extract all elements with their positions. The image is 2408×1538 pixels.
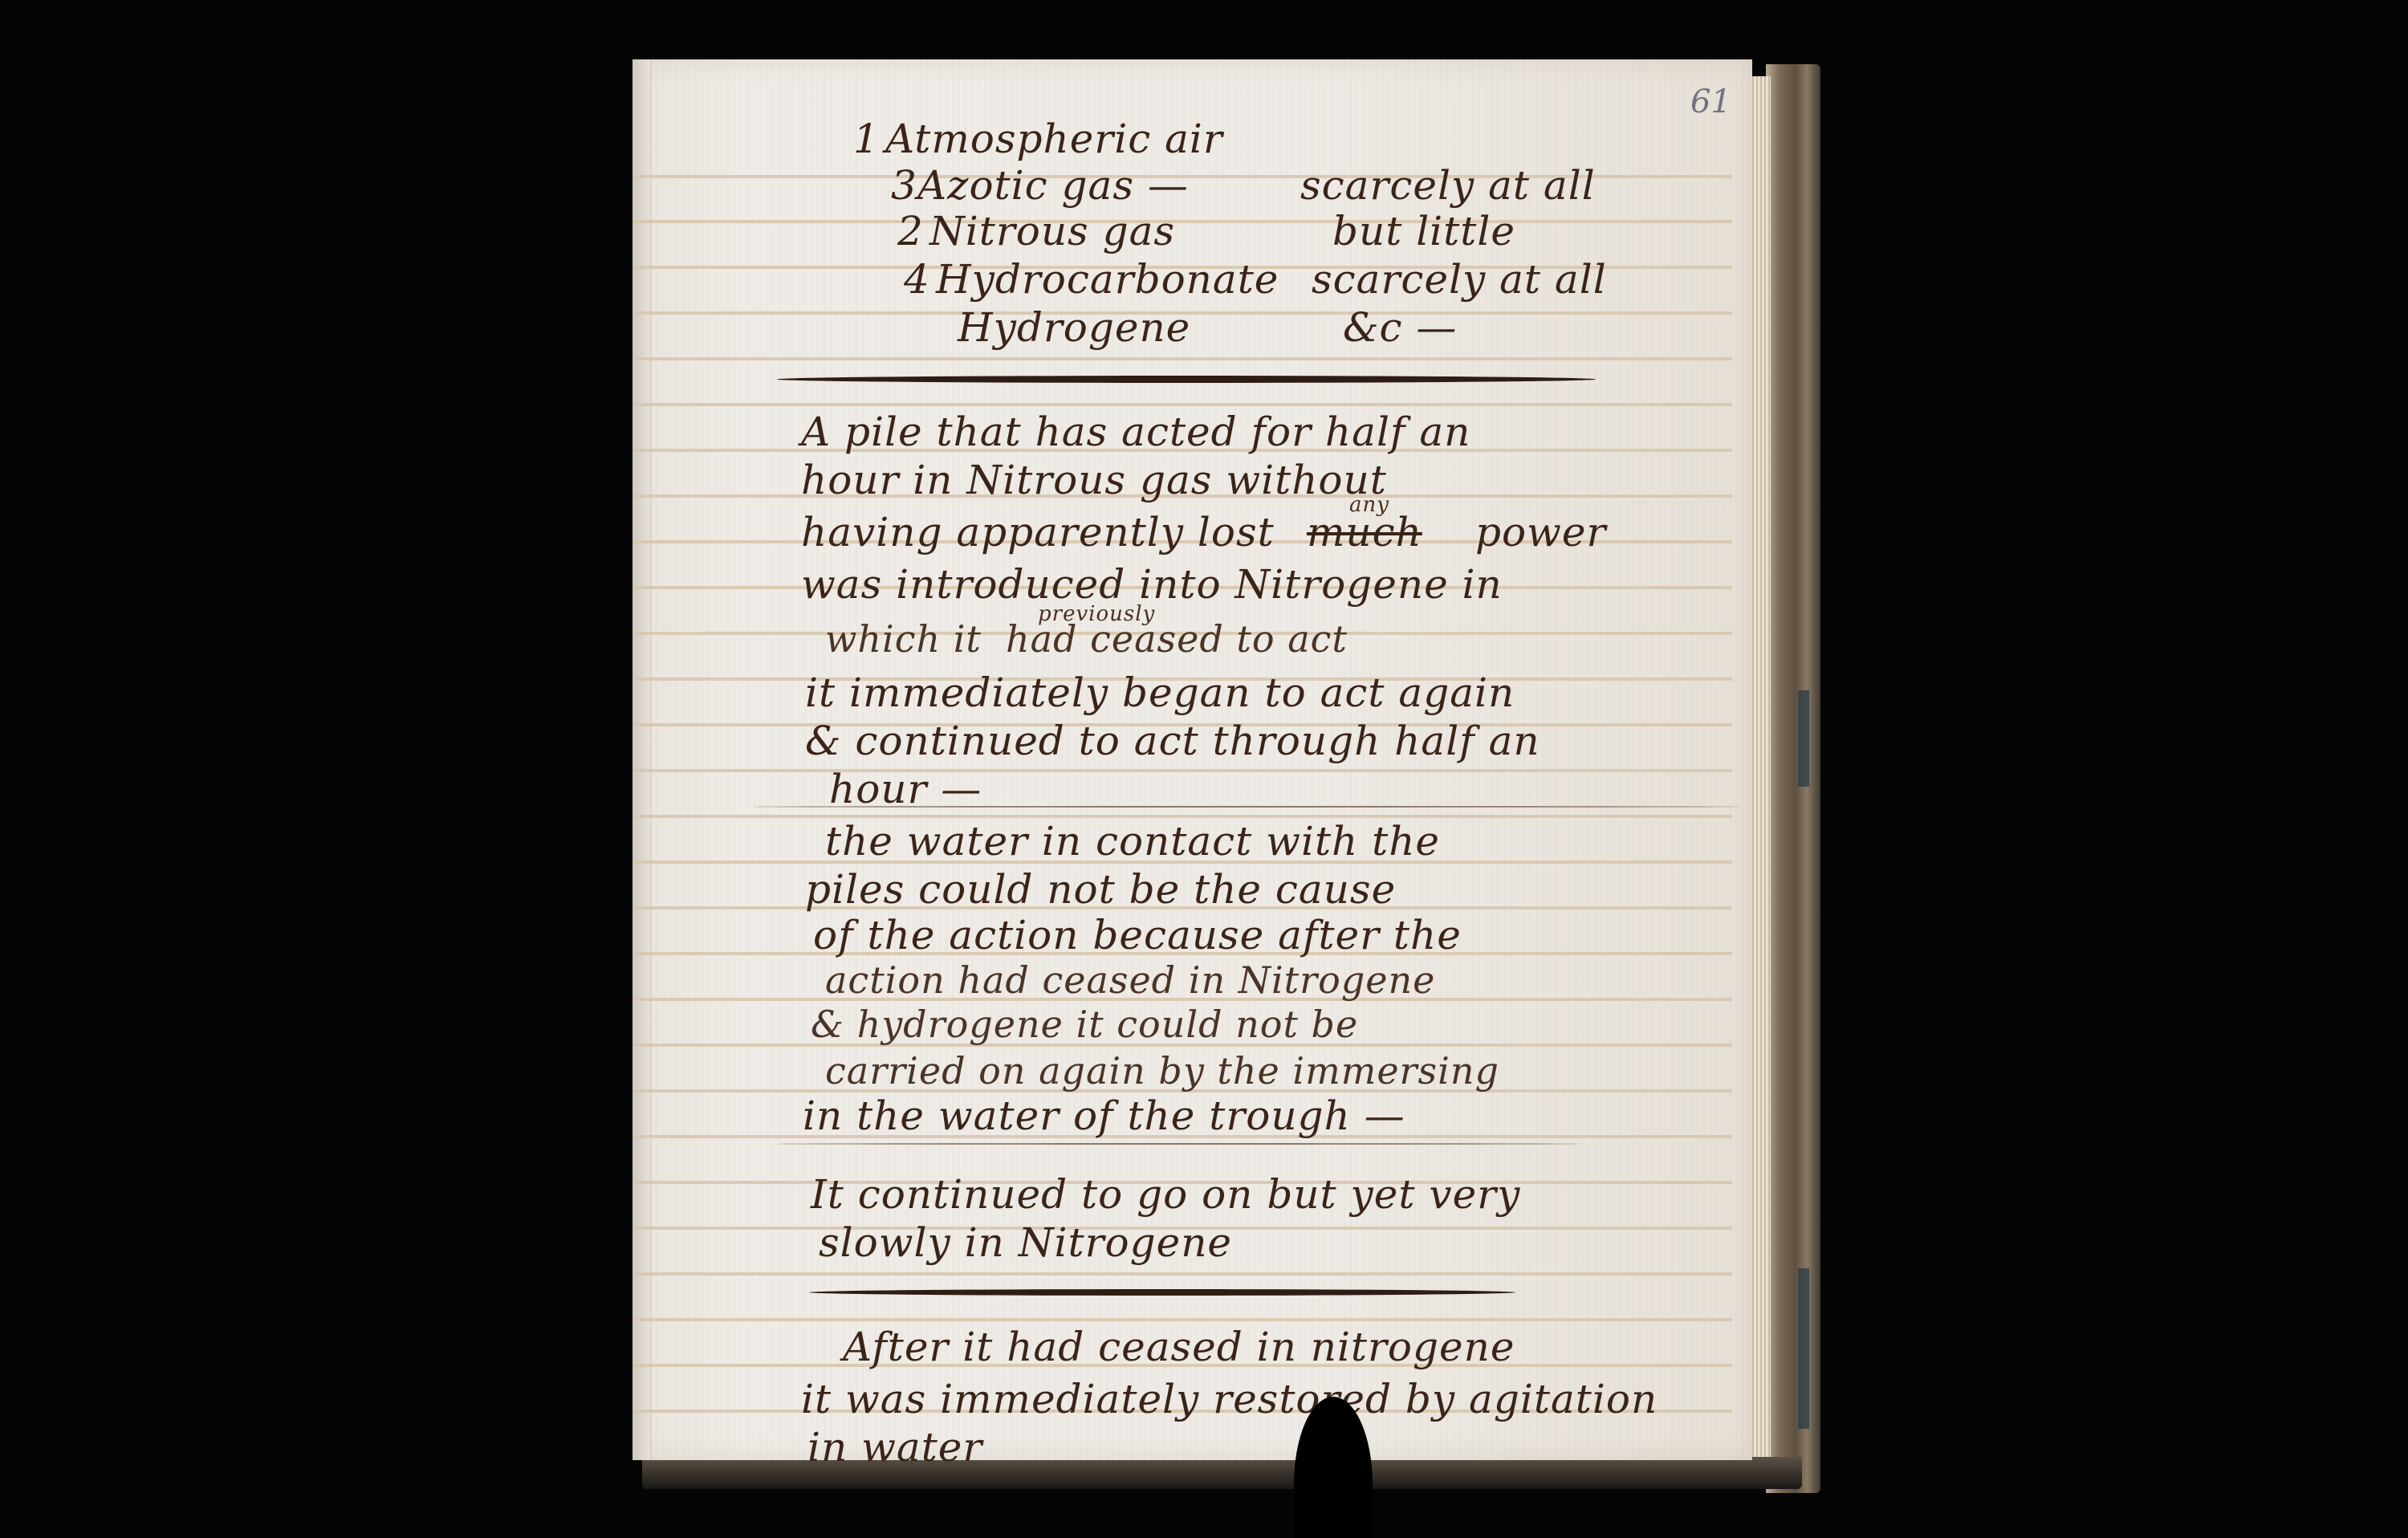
- gas-effect: &c —: [1343, 304, 1457, 351]
- gas-name: Hydrocarbonate: [936, 256, 1279, 303]
- gas-rank: 4: [904, 256, 930, 303]
- gas-effect: scarcely at all: [1300, 162, 1596, 209]
- text-line: & continued to act through half an: [805, 718, 1540, 764]
- struck-word: much: [1307, 509, 1422, 555]
- gas-name: Nitrous gas: [929, 208, 1175, 254]
- text-line: of the action because after the: [813, 912, 1462, 958]
- gas-name: Azotic gas —: [917, 162, 1189, 209]
- text-line: piles could not be the cause: [805, 866, 1396, 913]
- ruled-line: [633, 403, 1732, 406]
- text-line: After it had ceased in nitrogene: [843, 1324, 1515, 1370]
- ruled-line: [633, 1272, 1732, 1276]
- gas-name: Hydrogene: [958, 304, 1190, 351]
- text-line: having apparently lost: [801, 509, 1275, 555]
- text-line: was introduced into Nitrogene in: [801, 561, 1503, 608]
- edge-stain: [1798, 690, 1809, 787]
- section-divider: [809, 1289, 1515, 1296]
- text-line: & hydrogene it could not be: [811, 1003, 1358, 1046]
- edge-stain: [1798, 1268, 1809, 1429]
- text-line: which it: [825, 617, 982, 661]
- text-line: it was immediately restored by agitation: [801, 1376, 1658, 1422]
- ruled-line: [633, 357, 1732, 360]
- section-divider: [753, 806, 1740, 808]
- gas-rank: 1: [853, 116, 880, 162]
- text-line: action had ceased in Nitrogene: [825, 958, 1435, 1002]
- text-line: slowly in Nitrogene: [819, 1219, 1232, 1266]
- gas-rank: 3: [891, 162, 917, 209]
- page-number: 61: [1690, 83, 1731, 120]
- gas-effect: but little: [1332, 208, 1515, 254]
- text-line: A pile that has acted for half an: [801, 409, 1470, 455]
- book-spine-edge: [1766, 64, 1820, 1493]
- text-line: it immediately began to act again: [805, 669, 1515, 716]
- text-line: It continued to go on but yet very: [811, 1171, 1520, 1218]
- text-line: in the water of the trough —: [803, 1092, 1405, 1139]
- gas-name: Atmospheric air: [885, 116, 1223, 162]
- notebook-page: 61 1 Atmospheric air 3 Azotic gas — scar…: [633, 59, 1752, 1460]
- text-line: the water in contact with the: [825, 818, 1440, 865]
- section-divider: [777, 376, 1596, 383]
- ruled-line: [633, 220, 1732, 223]
- gas-effect: scarcely at all: [1312, 256, 1607, 303]
- text-line: hour in Nitrous gas without: [801, 457, 1387, 503]
- ruled-line: [633, 1318, 1732, 1321]
- page-gutter: [633, 59, 651, 1460]
- text-line: in water: [807, 1424, 982, 1471]
- page-stack-edges: [1750, 76, 1771, 1461]
- text-line: carried on again by the immersing: [825, 1049, 1499, 1092]
- text-line: had ceased to act: [1006, 617, 1348, 661]
- gas-rank: 2: [897, 208, 924, 254]
- ruled-line: [633, 769, 1732, 772]
- section-divider: [777, 1143, 1580, 1145]
- text-line: power: [1475, 509, 1606, 555]
